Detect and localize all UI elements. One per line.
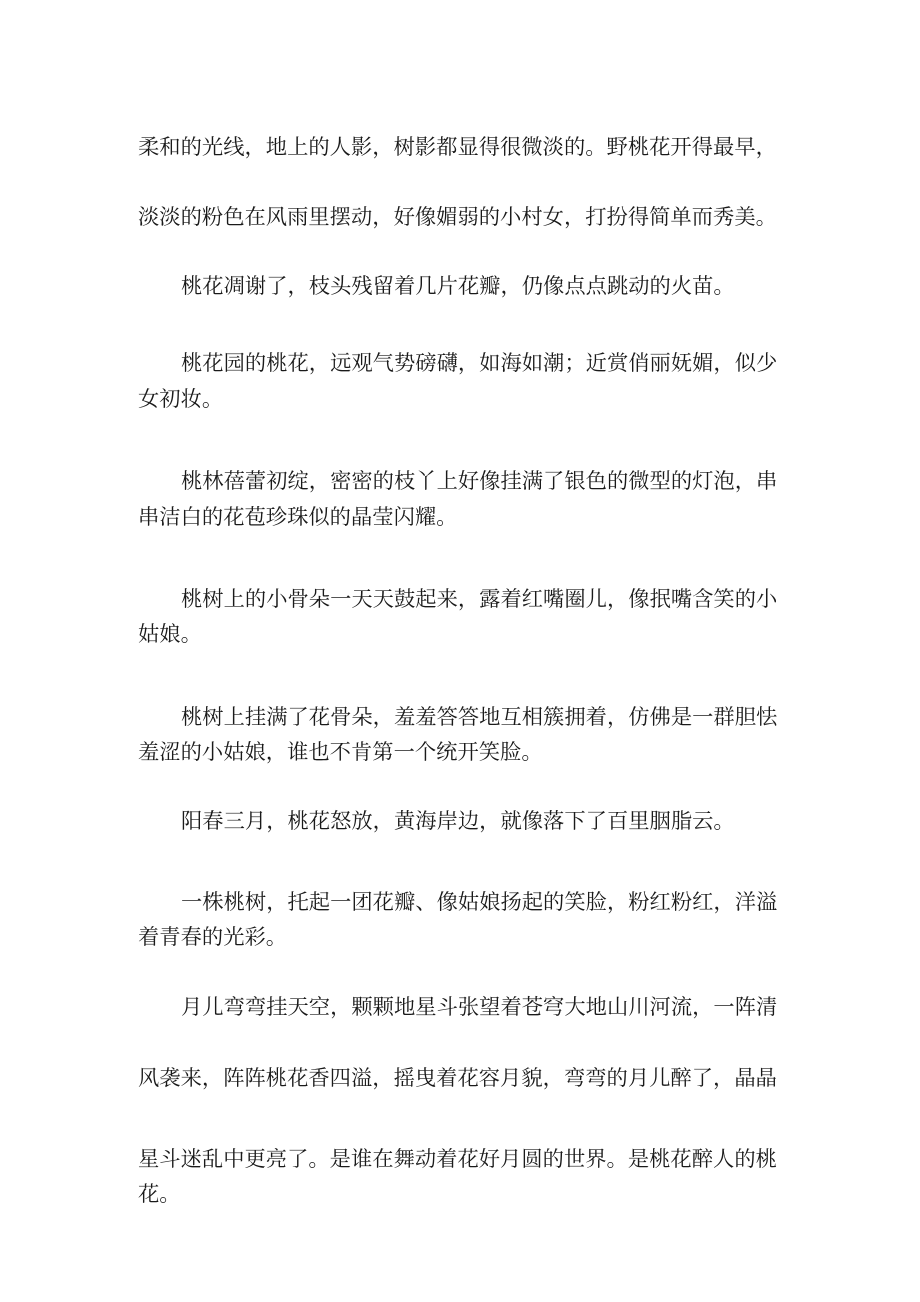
text-line: 着青春的光彩。 <box>138 924 287 952</box>
text-line: 桃树上挂满了花骨朵，羞羞答答地互相簇拥着，仿佛是一群胆怯 <box>181 704 777 732</box>
text-line: 桃花凋谢了，枝头残留着几片花瓣，仍像点点跳动的火苗。 <box>181 273 735 301</box>
text-line: 桃林蓓蕾初绽，密密的枝丫上好像挂满了银色的微型的灯泡，串 <box>181 468 777 496</box>
text-line: 星斗迷乱中更亮了。是谁在舞动着花好月圆的世界。是桃花醉人的桃 <box>138 1146 777 1174</box>
text-line: 淡淡的粉色在风雨里摆动，好像媚弱的小村女，打扮得简单而秀美。 <box>138 204 777 232</box>
text-line: 花。 <box>138 1181 181 1209</box>
text-line: 一株桃树，托起一团花瓣、像姑娘扬起的笑脸，粉红粉红，洋溢 <box>181 889 777 917</box>
text-line: 桃花园的桃花，远观气势磅礴，如海如潮；近赏俏丽妩媚，似少 <box>181 350 777 378</box>
text-line: 女初妆。 <box>138 386 223 414</box>
text-line: 姑娘。 <box>138 621 202 649</box>
text-line: 桃树上的小骨朵一天天鼓起来，露着红嘴圈儿，像抿嘴含笑的小 <box>181 586 777 614</box>
text-line: 柔和的光线，地上的人影，树影都显得很微淡的。野桃花开得最早， <box>138 134 777 162</box>
text-line: 羞涩的小姑娘，谁也不肯第一个统开笑脸。 <box>138 739 543 767</box>
text-line: 阳春三月，桃花怒放，黄海岸边，就像落下了百里胭脂云。 <box>181 808 735 836</box>
text-line: 风袭来，阵阵桃花香四溢，摇曳着花容月貌，弯弯的月儿醉了，晶晶 <box>138 1065 777 1093</box>
text-line: 月儿弯弯挂天空，颗颗地星斗张望着苍穹大地山川河流，一阵清 <box>181 994 777 1022</box>
text-line: 串洁白的花苞珍珠似的晶莹闪耀。 <box>138 504 457 532</box>
